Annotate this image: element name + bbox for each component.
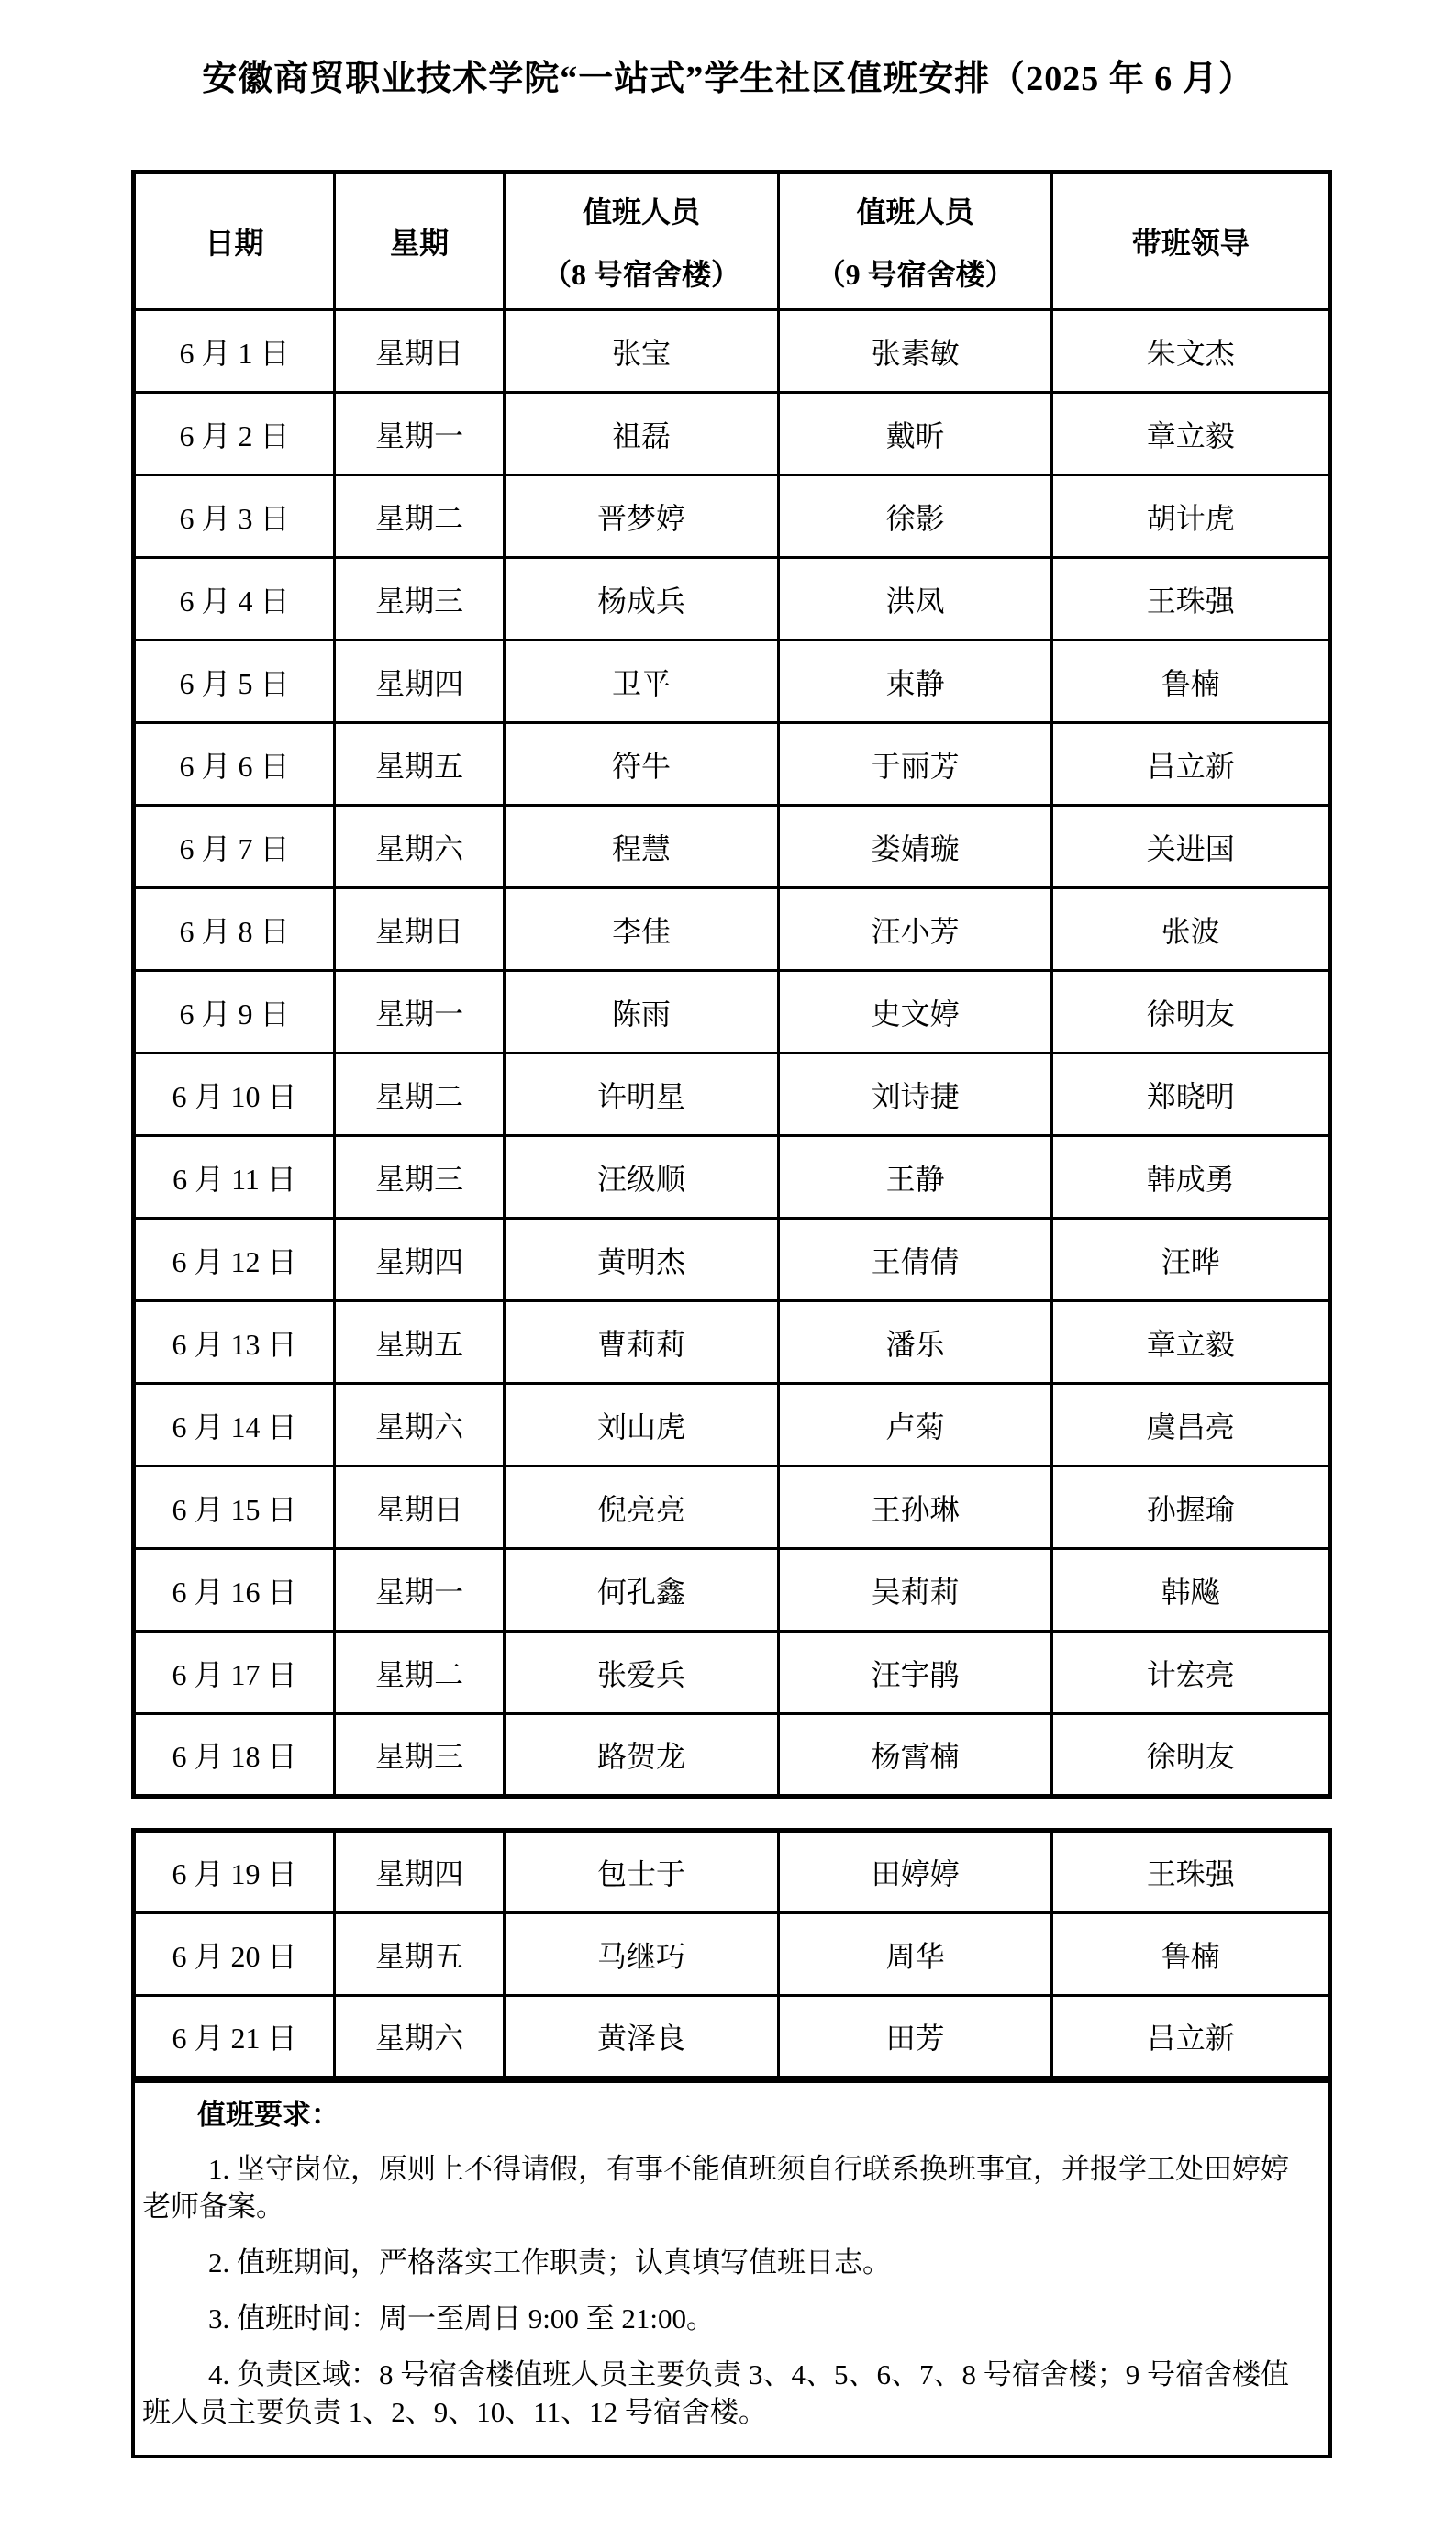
table-cell-col0: 6 月 4 日 <box>134 558 335 641</box>
table-cell-col1: 星期日 <box>335 310 505 393</box>
table-cell-col2: 黄泽良 <box>505 1996 779 2079</box>
table-cell-col3: 潘乐 <box>778 1301 1052 1384</box>
table-cell-col2: 张爱兵 <box>505 1632 779 1714</box>
header-cell-2: 值班人员（8 号宿舍楼） <box>505 173 779 310</box>
table-cell-col4: 胡计虎 <box>1052 475 1330 558</box>
table-cell-col3: 汪宇鹃 <box>778 1632 1052 1714</box>
header-cell-0: 日期 <box>134 173 335 310</box>
table-cell-col0: 6 月 14 日 <box>134 1384 335 1466</box>
table-cell-col2: 杨成兵 <box>505 558 779 641</box>
table-cell-col1: 星期五 <box>335 1913 505 1996</box>
table-cell-col0: 6 月 1 日 <box>134 310 335 393</box>
table-cell-col2: 李佳 <box>505 888 779 971</box>
table-row: 6 月 4 日星期三杨成兵洪凤王珠强 <box>134 558 1330 641</box>
table-cell-col4: 计宏亮 <box>1052 1632 1330 1714</box>
header-cell-1: 星期 <box>335 173 505 310</box>
table-row: 6 月 19 日星期四包士于田婷婷王珠强 <box>134 1831 1330 1913</box>
table-cell-col3: 于丽芳 <box>778 723 1052 806</box>
table-row: 6 月 14 日星期六刘山虎卢菊虞昌亮 <box>134 1384 1330 1466</box>
table-cell-col3: 王孙琳 <box>778 1466 1052 1549</box>
table-row: 6 月 18 日星期三路贺龙杨霄楠徐明友 <box>134 1714 1330 1797</box>
table-cell-col1: 星期四 <box>335 1219 505 1301</box>
page-title: 安徽商贸职业技术学院“一站式”学生社区值班安排（2025 年 6 月） <box>0 59 1456 99</box>
table-cell-col4: 章立毅 <box>1052 1301 1330 1384</box>
table-cell-col3: 杨霄楠 <box>778 1714 1052 1797</box>
table-cell-col3: 张素敏 <box>778 310 1052 393</box>
table-row: 6 月 1 日星期日张宝张素敏朱文杰 <box>134 310 1330 393</box>
table-cell-col1: 星期五 <box>335 723 505 806</box>
table-row: 6 月 10 日星期二许明星刘诗捷郑晓明 <box>134 1053 1330 1136</box>
table-cell-col3: 汪小芳 <box>778 888 1052 971</box>
table-cell-col0: 6 月 2 日 <box>134 393 335 475</box>
table-cell-col1: 星期一 <box>335 971 505 1053</box>
table-cell-col0: 6 月 8 日 <box>134 888 335 971</box>
table-cell-col2: 陈雨 <box>505 971 779 1053</box>
table-cell-col0: 6 月 13 日 <box>134 1301 335 1384</box>
table-cell-col1: 星期二 <box>335 475 505 558</box>
table-cell-col2: 卫平 <box>505 641 779 723</box>
duty-requirements-box: 值班要求： 1. 坚守岗位，原则上不得请假，有事不能值班须自行联系换班事宜，并报… <box>131 2079 1332 2458</box>
table-row: 6 月 17 日星期二张爱兵汪宇鹃计宏亮 <box>134 1632 1330 1714</box>
table-cell-col0: 6 月 6 日 <box>134 723 335 806</box>
table-cell-col0: 6 月 17 日 <box>134 1632 335 1714</box>
table-cell-col2: 符牛 <box>505 723 779 806</box>
table-cell-col1: 星期二 <box>335 1053 505 1136</box>
table-cell-col2: 黄明杰 <box>505 1219 779 1301</box>
table-cell-col4: 韩飚 <box>1052 1549 1330 1632</box>
table-cell-col0: 6 月 19 日 <box>134 1831 335 1913</box>
table-cell-col0: 6 月 9 日 <box>134 971 335 1053</box>
table-cell-col4: 韩成勇 <box>1052 1136 1330 1219</box>
table-row: 6 月 3 日星期二晋梦婷徐影胡计虎 <box>134 475 1330 558</box>
table-cell-col0: 6 月 18 日 <box>134 1714 335 1797</box>
table-cell-col2: 张宝 <box>505 310 779 393</box>
table-row: 6 月 5 日星期四卫平束静鲁楠 <box>134 641 1330 723</box>
table-cell-col3: 田芳 <box>778 1996 1052 2079</box>
table-cell-col2: 马继巧 <box>505 1913 779 1996</box>
table-cell-col2: 许明星 <box>505 1053 779 1136</box>
table-cell-col3: 刘诗捷 <box>778 1053 1052 1136</box>
note-item-1: 1. 坚守岗位，原则上不得请假，有事不能值班须自行联系换班事宜，并报学工处田婷婷… <box>142 2150 1314 2225</box>
note-item-4: 4. 负责区域：8 号宿舍楼值班人员主要负责 3、4、5、6、7、8 号宿舍楼；… <box>142 2356 1314 2431</box>
table-cell-col4: 孙握瑜 <box>1052 1466 1330 1549</box>
table-cell-col4: 吕立新 <box>1052 723 1330 806</box>
table-cell-col4: 汪晔 <box>1052 1219 1330 1301</box>
table-cell-col1: 星期三 <box>335 1714 505 1797</box>
table-cell-col0: 6 月 7 日 <box>134 806 335 888</box>
table-cell-col1: 星期日 <box>335 888 505 971</box>
table-cell-col4: 王珠强 <box>1052 558 1330 641</box>
table-cell-col0: 6 月 15 日 <box>134 1466 335 1549</box>
table-cell-col1: 星期六 <box>335 1996 505 2079</box>
table-cell-col3: 卢菊 <box>778 1384 1052 1466</box>
table-header: 日期星期值班人员（8 号宿舍楼）值班人员（9 号宿舍楼）带班领导 <box>134 173 1330 310</box>
table-page-break-gap <box>131 1799 1332 1828</box>
header-cell-4: 带班领导 <box>1052 173 1330 310</box>
table-row: 6 月 11 日星期三汪级顺王静韩成勇 <box>134 1136 1330 1219</box>
table-row: 6 月 12 日星期四黄明杰王倩倩汪晔 <box>134 1219 1330 1301</box>
table-cell-col4: 关进国 <box>1052 806 1330 888</box>
table-cell-col1: 星期三 <box>335 558 505 641</box>
table-row: 6 月 13 日星期五曹莉莉潘乐章立毅 <box>134 1301 1330 1384</box>
table-row: 6 月 15 日星期日倪亮亮王孙琳孙握瑜 <box>134 1466 1330 1549</box>
table-cell-col4: 鲁楠 <box>1052 641 1330 723</box>
table-cell-col4: 郑晓明 <box>1052 1053 1330 1136</box>
table-cell-col1: 星期六 <box>335 1384 505 1466</box>
table-cell-col2: 包士于 <box>505 1831 779 1913</box>
table-cell-col0: 6 月 16 日 <box>134 1549 335 1632</box>
table-cell-col3: 吴莉莉 <box>778 1549 1052 1632</box>
table-row: 6 月 2 日星期一祖磊戴昕章立毅 <box>134 393 1330 475</box>
table-cell-col3: 王倩倩 <box>778 1219 1052 1301</box>
table-row: 6 月 6 日星期五符牛于丽芳吕立新 <box>134 723 1330 806</box>
table-cell-col3: 史文婷 <box>778 971 1052 1053</box>
table-cell-col0: 6 月 11 日 <box>134 1136 335 1219</box>
table-row: 6 月 9 日星期一陈雨史文婷徐明友 <box>134 971 1330 1053</box>
table-cell-col4: 徐明友 <box>1052 971 1330 1053</box>
table-cell-col1: 星期四 <box>335 1831 505 1913</box>
table-cell-col4: 王珠强 <box>1052 1831 1330 1913</box>
table-cell-col1: 星期一 <box>335 1549 505 1632</box>
table-cell-col2: 倪亮亮 <box>505 1466 779 1549</box>
table-cell-col3: 田婷婷 <box>778 1831 1052 1913</box>
header-row: 日期星期值班人员（8 号宿舍楼）值班人员（9 号宿舍楼）带班领导 <box>134 173 1330 310</box>
table-cell-col2: 路贺龙 <box>505 1714 779 1797</box>
table-cell-col0: 6 月 3 日 <box>134 475 335 558</box>
table-row: 6 月 20 日星期五马继巧周华鲁楠 <box>134 1913 1330 1996</box>
table-cell-col4: 章立毅 <box>1052 393 1330 475</box>
table-cell-col1: 星期三 <box>335 1136 505 1219</box>
table-cell-col3: 戴昕 <box>778 393 1052 475</box>
table-cell-col4: 徐明友 <box>1052 1714 1330 1797</box>
table-cell-col3: 束静 <box>778 641 1052 723</box>
header-cell-3: 值班人员（9 号宿舍楼） <box>778 173 1052 310</box>
table-cell-col2: 何孔鑫 <box>505 1549 779 1632</box>
table-cell-col0: 6 月 10 日 <box>134 1053 335 1136</box>
table-cell-col4: 朱文杰 <box>1052 310 1330 393</box>
table-cell-col4: 鲁楠 <box>1052 1913 1330 1996</box>
table-cell-col3: 徐影 <box>778 475 1052 558</box>
table-cell-col3: 王静 <box>778 1136 1052 1219</box>
notes-heading: 值班要求： <box>142 2096 1314 2134</box>
table-cell-col1: 星期一 <box>335 393 505 475</box>
table-cell-col3: 周华 <box>778 1913 1052 1996</box>
table-cell-col0: 6 月 20 日 <box>134 1913 335 1996</box>
table-cell-col3: 娄婧璇 <box>778 806 1052 888</box>
table-cell-col3: 洪凤 <box>778 558 1052 641</box>
duty-schedule: 日期星期值班人员（8 号宿舍楼）值班人员（9 号宿舍楼）带班领导 6 月 1 日… <box>131 170 1332 2080</box>
table-row: 6 月 7 日星期六程慧娄婧璇关进国 <box>134 806 1330 888</box>
table-row: 6 月 16 日星期一何孔鑫吴莉莉韩飚 <box>134 1549 1330 1632</box>
duty-table-part1: 日期星期值班人员（8 号宿舍楼）值班人员（9 号宿舍楼）带班领导 6 月 1 日… <box>131 170 1332 1799</box>
table-row: 6 月 21 日星期六黄泽良田芳吕立新 <box>134 1996 1330 2079</box>
note-item-2: 2. 值班期间，严格落实工作职责；认真填写值班日志。 <box>142 2244 1314 2281</box>
table-cell-col1: 星期六 <box>335 806 505 888</box>
table-cell-col4: 虞昌亮 <box>1052 1384 1330 1466</box>
table-cell-col1: 星期四 <box>335 641 505 723</box>
table-cell-col1: 星期五 <box>335 1301 505 1384</box>
table-cell-col0: 6 月 12 日 <box>134 1219 335 1301</box>
table-cell-col1: 星期二 <box>335 1632 505 1714</box>
table-cell-col2: 曹莉莉 <box>505 1301 779 1384</box>
note-item-3: 3. 值班时间：周一至周日 9:00 至 21:00。 <box>142 2300 1314 2337</box>
document-page: 安徽商贸职业技术学院“一站式”学生社区值班安排（2025 年 6 月） 日期星期… <box>0 0 1456 2530</box>
table-cell-col4: 张波 <box>1052 888 1330 971</box>
table-cell-col2: 程慧 <box>505 806 779 888</box>
table-cell-col1: 星期日 <box>335 1466 505 1549</box>
table-cell-col2: 晋梦婷 <box>505 475 779 558</box>
table-cell-col0: 6 月 5 日 <box>134 641 335 723</box>
table-cell-col2: 祖磊 <box>505 393 779 475</box>
table-cell-col4: 吕立新 <box>1052 1996 1330 2079</box>
table-cell-col0: 6 月 21 日 <box>134 1996 335 2079</box>
duty-table-part2: 6 月 19 日星期四包士于田婷婷王珠强6 月 20 日星期五马继巧周华鲁楠6 … <box>131 1828 1332 2080</box>
table-row: 6 月 8 日星期日李佳汪小芳张波 <box>134 888 1330 971</box>
table-cell-col2: 刘山虎 <box>505 1384 779 1466</box>
table-cell-col2: 汪级顺 <box>505 1136 779 1219</box>
